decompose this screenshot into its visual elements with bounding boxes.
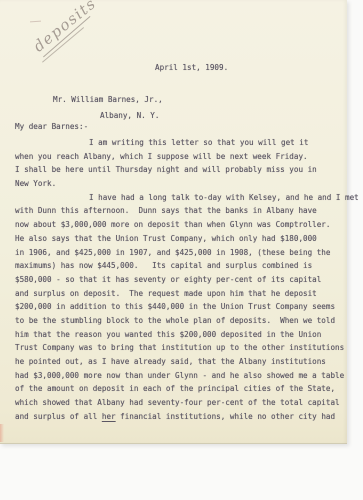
- line-text: $580,000 - so that it has seventy or eig…: [15, 275, 321, 284]
- letter-line: New York.: [15, 177, 345, 191]
- letter-line: he pointed out, as I have already said, …: [15, 355, 345, 369]
- letter-line: when you reach Albany, which I suppose w…: [15, 150, 345, 164]
- letter-line: with Dunn this afternoon. Dunn says that…: [15, 204, 345, 218]
- letter-date: April 1st, 1909.: [155, 63, 228, 72]
- letter-body: I am writing this letter so that you wil…: [15, 136, 345, 423]
- letter-line: I have had a long talk to-day with Kelse…: [15, 191, 345, 205]
- letter-line: $200,000 in addition to this $440,000 in…: [15, 300, 345, 314]
- line-text: and surplus of all: [15, 412, 102, 421]
- letter-line: had $3,000,000 more now than under Glynn…: [15, 369, 345, 383]
- line-text: Trust Company was to bring that institut…: [15, 343, 344, 352]
- letter-line: $580,000 - so that it has seventy or eig…: [15, 273, 345, 287]
- line-text: New York.: [15, 179, 56, 188]
- line-text: maximums) has now $445,000. Its capital …: [15, 261, 312, 270]
- letter-line: in 1906, and $425,000 in 1907, and $425,…: [15, 246, 345, 260]
- letter-line: now about $3,000,000 more on deposit tha…: [15, 218, 345, 232]
- line-text: which showed that Albany had seventy-fou…: [15, 398, 340, 407]
- recipient-city: Albany, N. Y.: [100, 111, 159, 120]
- line-text: to be the stumbling block to the whole p…: [15, 316, 335, 325]
- letter-line: which showed that Albany had seventy-fou…: [15, 396, 345, 410]
- line-text: He also says that the Union Trust Compan…: [15, 234, 317, 243]
- scan-smudge: [0, 424, 4, 442]
- letter-line: of the amount on deposit in each of the …: [15, 382, 345, 396]
- line-text: he pointed out, as I have already said, …: [15, 357, 326, 366]
- line-text: I am writing this letter so that you wil…: [89, 138, 308, 147]
- line-text: in 1906, and $425,000 in 1907, and $425,…: [15, 248, 330, 257]
- line-text: of the amount on deposit in each of the …: [15, 384, 335, 393]
- line-text: financial institutions, while no other c…: [116, 412, 335, 421]
- letter-line: and surplus on deposit. The request made…: [15, 287, 345, 301]
- line-text: when you reach Albany, which I suppose w…: [15, 152, 308, 161]
- letter-line: I shall be here until Thursday night and…: [15, 163, 345, 177]
- line-text: I have had a long talk to-day with Kelse…: [89, 193, 359, 202]
- letter-line: and surplus of all her financial institu…: [15, 410, 345, 424]
- salutation: My dear Barnes:-: [15, 122, 88, 131]
- annotation-text: deposits: [26, 0, 103, 58]
- letter-line: maximums) has now $445,000. Its capital …: [15, 259, 345, 273]
- letter-line: He also says that the Union Trust Compan…: [15, 232, 345, 246]
- line-text: $200,000 in addition to this $440,000 in…: [15, 302, 335, 311]
- line-text: now about $3,000,000 more on deposit tha…: [15, 220, 330, 229]
- letter-page: deposits April 1st, 1909. Mr. William Ba…: [0, 0, 347, 444]
- handwritten-annotation: deposits: [26, 0, 107, 63]
- line-text: with Dunn this afternoon. Dunn says that…: [15, 206, 317, 215]
- line-text: him that the reason you wanted this $200…: [15, 330, 321, 339]
- letter-line: I am writing this letter so that you wil…: [15, 136, 345, 150]
- line-text: and surplus on deposit. The request made…: [15, 289, 317, 298]
- recipient-name: Mr. William Barnes, Jr.,: [53, 95, 163, 104]
- letter-line: him that the reason you wanted this $200…: [15, 328, 345, 342]
- line-text: had $3,000,000 more now than under Glynn…: [15, 371, 344, 380]
- pencil-dash-mark: [30, 21, 41, 23]
- letter-line: to be the stumbling block to the whole p…: [15, 314, 345, 328]
- underlined-word: her: [102, 412, 116, 421]
- line-text: I shall be here until Thursday night and…: [15, 165, 317, 174]
- paper-edge-shadow: [0, 443, 347, 444]
- letter-line: Trust Company was to bring that institut…: [15, 341, 345, 355]
